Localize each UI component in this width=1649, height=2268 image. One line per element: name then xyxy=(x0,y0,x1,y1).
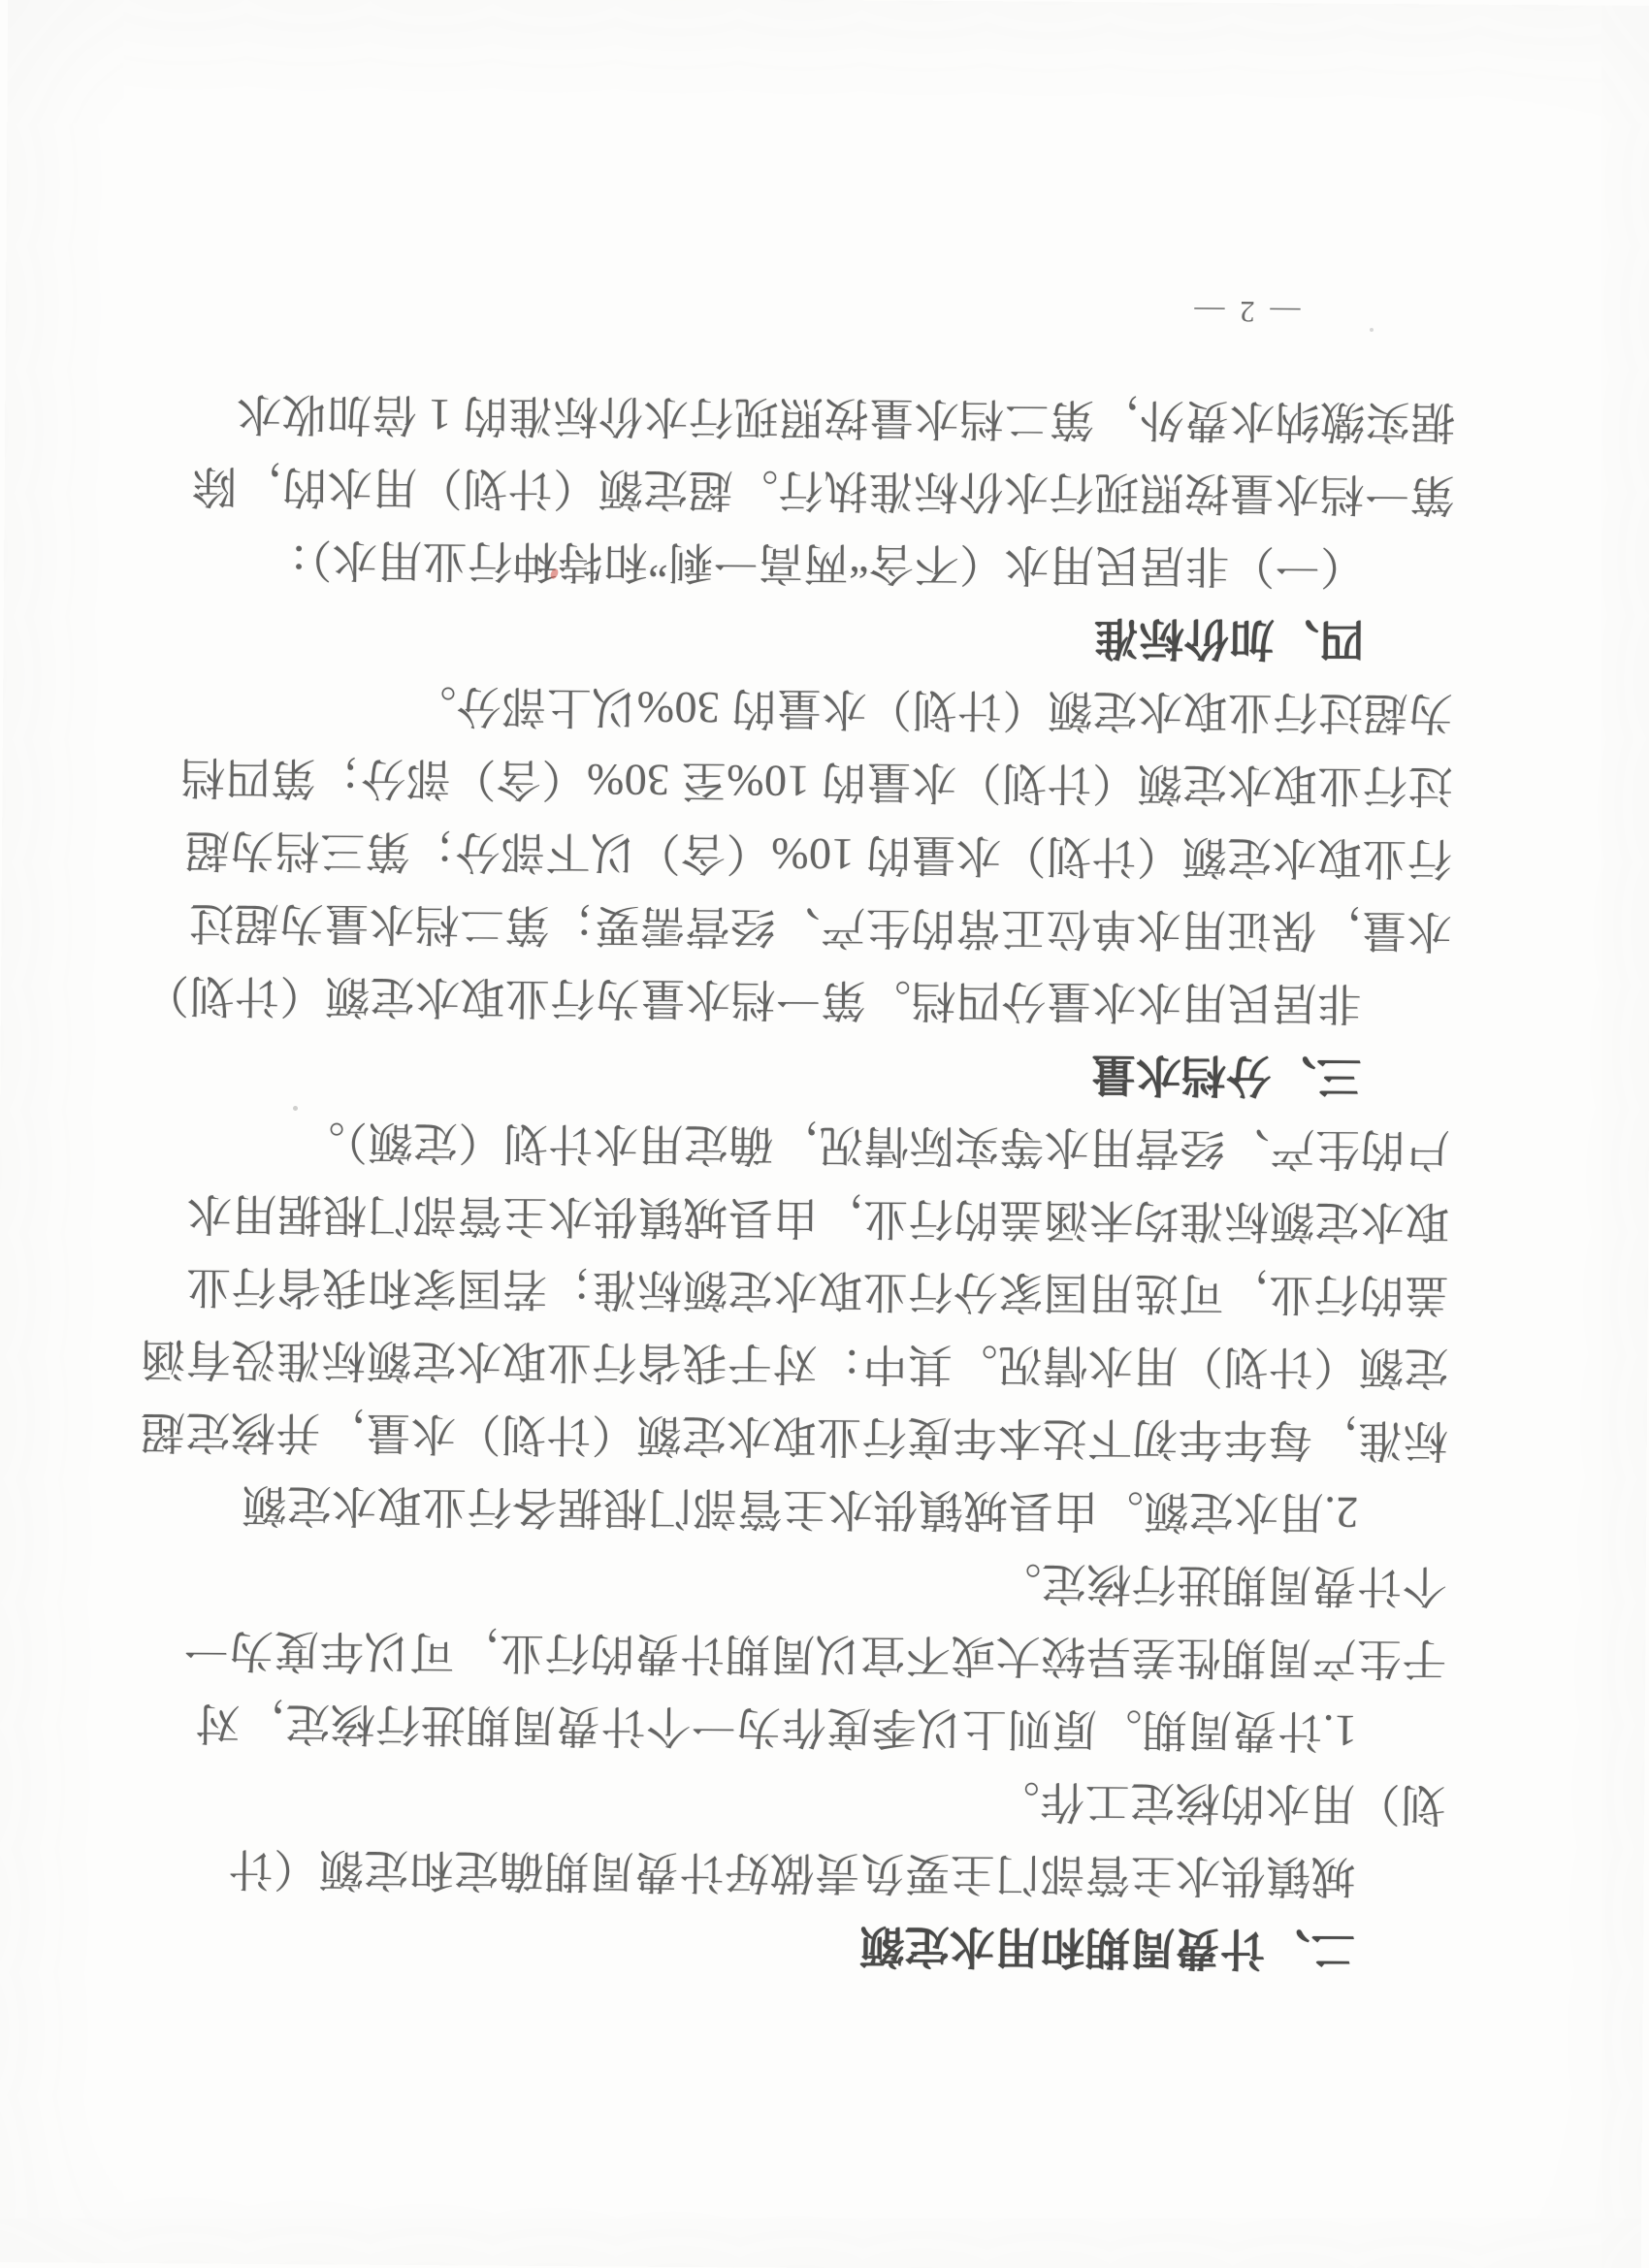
text-line: 非居民用水水量分四档。第一档水量为行业取水定额（计划） xyxy=(180,958,1451,1040)
text-line: 取水定额标准均未涵盖的行业，由县城镇供水主管部门根据用水 xyxy=(178,1177,1449,1258)
text-line: 过行业取水定额（计划）水量的 10%至 30%（含）部分；第四档 xyxy=(181,740,1452,822)
section-heading-tier-volumes: 三、分档水量 xyxy=(179,1031,1450,1113)
section-heading-surcharge-standard: 四、加价标准 xyxy=(182,595,1453,676)
text-line: 划）用水的核定工作。 xyxy=(175,1759,1445,1840)
text-line: 为超过行业取水定额（计划）水量的 30%以上部分。 xyxy=(182,667,1453,749)
text-line: （一）非居民用水（不含“两高一剩”和特种行业用水）： xyxy=(183,522,1454,603)
scanned-page: 二、计费周期和用水定额 城镇供水主管部门主要负责做好计费周期确定和定额（计 划）… xyxy=(0,0,1649,2268)
text-line: 标准，每年年初下达本年度行业取水定额（计划）水量，并核定超 xyxy=(178,1395,1448,1476)
text-line: 1.计费周期。原则上以季度作为一个计费周期进行核定，对 xyxy=(175,1686,1445,1767)
text-line: 城镇供水主管部门主要负责做好计费周期确定和定额（计 xyxy=(174,1831,1444,1913)
text-line: 水量，保证用水单位正常的生产、经营需要；第二档水量为超过 xyxy=(180,886,1451,967)
scanned-document-screenshot: 二、计费周期和用水定额 城镇供水主管部门主要负责做好计费周期确定和定额（计 划）… xyxy=(0,0,1649,2268)
text-line: 户的生产、经营用水等实际情况，确定用水计划（定额）。 xyxy=(179,1104,1450,1185)
text-line: 2.用水定额。由县城镇供水主管部门根据各行业取水定额 xyxy=(177,1468,1447,1549)
text-line: 盖的行业，可选用国家分行业取水定额标准；若国家和我省行业 xyxy=(178,1249,1449,1331)
text-line: 据实缴纳水费外，第二档水量按照现行水价标准的 1 倍加收水 xyxy=(184,376,1455,458)
text-line: 行业取水定额（计划）水量的 10%（含）以下部分；第三档为超 xyxy=(181,813,1452,894)
page-number: — 2 — xyxy=(1178,290,1313,334)
text-line: 第一档水量按照现行水价标准执行。超定额（计划）用水的，除 xyxy=(183,449,1454,531)
text-line: 个计费周期进行核定。 xyxy=(177,1540,1447,1622)
text-line: 于生产周期性差异较大或不宜以周期计费的行业，可以年度为一 xyxy=(176,1613,1446,1695)
section-heading-billing-period: 二、计费周期和用水定额 xyxy=(174,1904,1444,1986)
document-text-block: 二、计费周期和用水定额 城镇供水主管部门主要负责做好计费周期确定和定额（计 划）… xyxy=(174,376,1455,1986)
text-line: 定额（计划）用水情况。其中：对于我省行业取水定额标准没有涵 xyxy=(178,1322,1448,1404)
